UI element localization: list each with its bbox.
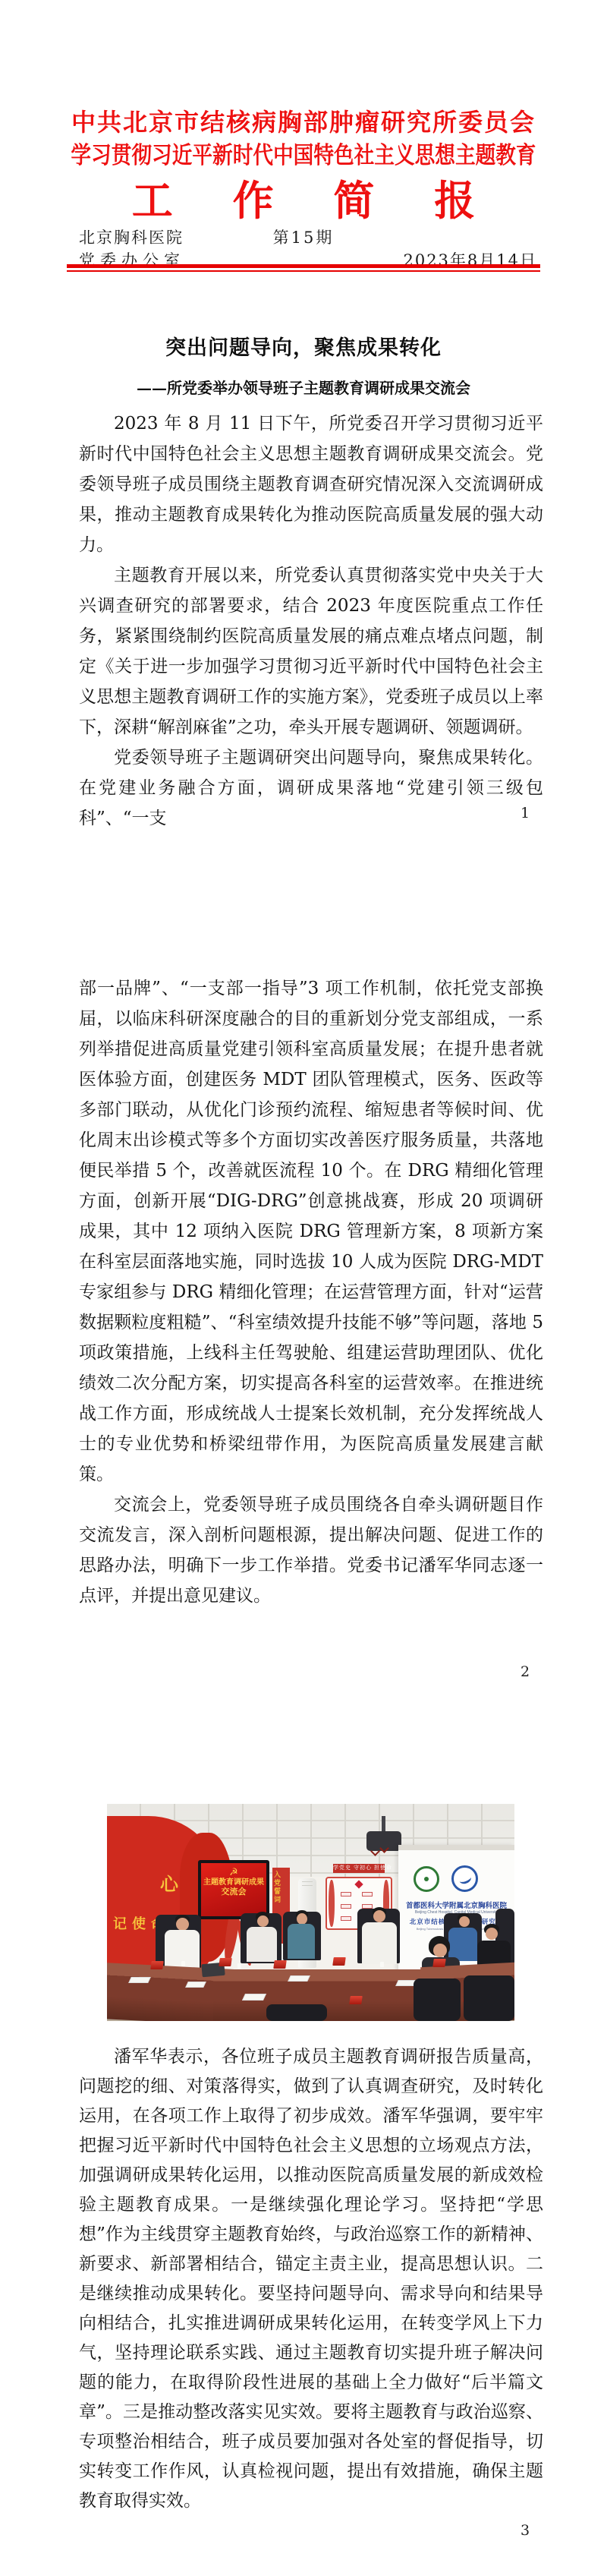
page2-body: 部一品牌”、“一支部一指导”3 项工作机制，依托党支部换届，以临床科研深度融合的…: [79, 973, 543, 1611]
oath-banner-title: 入党誓词: [272, 1871, 282, 1904]
name-tent: [432, 1959, 446, 1967]
foreground-chair: [414, 1979, 461, 2021]
mural-text-xin: 心: [160, 1869, 178, 1896]
board-card: [341, 1904, 351, 1909]
issue-number: 第15期: [0, 225, 607, 248]
board-decoration: [329, 1880, 335, 1927]
name-tent: [150, 1961, 164, 1969]
paragraph-3-part2: 部一品牌”、“一支部一指导”3 项工作机制，依托党支部换届，以临床科研深度融合的…: [79, 973, 543, 1490]
page-number-1: 1: [521, 805, 530, 821]
paragraph-2: 主题教育开展以来，所党委认真贯彻落实党中央关于大兴调查研究的部署要求，结合 20…: [79, 560, 543, 743]
name-tent: [332, 1957, 346, 1966]
masthead-org-line1: 中共北京市结核病胸部肿瘤研究所委员会: [0, 103, 607, 138]
page3-body: 潘军华表示，各位班子成员主题教育调研报告质量高，问题挖的细、对策落得实，做到了认…: [79, 2042, 543, 2516]
masthead-divider-thick: [67, 264, 540, 268]
hospital-name-cn: 首都医科大学附属北京胸科医院: [398, 1900, 514, 1910]
paragraph-1: 2023 年 8 月 11 日下午，所党委召开学习贯彻习近平新时代中国特色社会主…: [79, 408, 543, 560]
board-card: [341, 1892, 351, 1897]
hospital-logo-blue: [451, 1865, 478, 1892]
name-tent: [349, 1996, 363, 2004]
name-tent: [273, 1960, 287, 1969]
article-subtitle: ——所党委举办领导班子主题教育调研成果交流会: [0, 376, 607, 398]
page-3: 心 记使命 ☭ 主题教育调研成果 交流会 入党誓词 学党史 守初心 担使命: [0, 1717, 607, 2576]
masthead-divider-thin: [67, 270, 540, 272]
cup: [237, 1963, 241, 1969]
paragraph-3-part1: 党委领导班子主题调研突出问题导向，聚焦成果转化。在党建业务融合方面，调研成果落地…: [79, 743, 543, 834]
article-title: 突出问题导向，聚焦成果转化: [0, 331, 607, 361]
slide: ☭ 主题教育调研成果 交流会: [201, 1863, 266, 1916]
paragraph-4: 交流会上，党委领导班子成员围绕各自牵头调研题目作交流发言，深入剖析问题根源，提出…: [79, 1490, 543, 1611]
foreground-chair: [464, 1975, 514, 2021]
roller-bar: [398, 1845, 514, 1850]
paper-sheet: [185, 1982, 206, 1988]
paper-sheet: [242, 1994, 266, 2001]
foreground-chair: [266, 2004, 327, 2021]
paper-sheet: [288, 1975, 310, 1982]
party-emblem-icon: ☭: [201, 1863, 266, 1878]
cup: [380, 1962, 384, 1967]
bulletin-document: 中共北京市结核病胸部肿瘤研究所委员会 学习贯彻习近平新时代中国特色社主义思想主题…: [0, 0, 607, 2576]
slide-title-line1: 主题教育调研成果: [201, 1878, 266, 1887]
meeting-photo: 心 记使命 ☭ 主题教育调研成果 交流会 入党誓词 学党史 守初心 担使命: [107, 1804, 514, 2021]
board-emblem: [354, 1880, 363, 1888]
page-number-2: 2: [521, 1663, 530, 1680]
page-number-3: 3: [521, 2522, 530, 2539]
page-2: 部一品牌”、“一支部一指导”3 项工作机制，依托党支部换届，以临床科研深度融合的…: [0, 859, 607, 1717]
slide-title-line2: 交流会: [201, 1887, 266, 1897]
masthead-org-line2: 学习贯彻习近平新时代中国特色社主义思想主题教育: [42, 136, 565, 170]
wall-slogan-banner: 学党史 守初心 担使命: [333, 1864, 385, 1873]
board-card: [362, 1892, 373, 1897]
hospital-logo-green: [414, 1866, 439, 1892]
cup: [181, 1961, 185, 1966]
board-card: [341, 1916, 351, 1921]
bulletin-title: 工 作 简 报: [11, 169, 607, 227]
name-tent: [219, 1958, 232, 1966]
presentation-screen: ☭ 主题教育调研成果 交流会: [198, 1860, 269, 1919]
page-1: 中共北京市结核病胸部肿瘤研究所委员会 学习贯彻习近平新时代中国特色社主义思想主题…: [0, 0, 607, 859]
page1-body: 2023 年 8 月 11 日下午，所党委召开学习贯彻习近平新时代中国特色社会主…: [79, 408, 543, 834]
paper-sheet: [128, 1977, 151, 1983]
paragraph-5: 潘军华表示，各位班子成员主题教育调研报告质量高，问题挖的细、对策落得实，做到了认…: [79, 2042, 543, 2516]
masthead-divider: [67, 264, 540, 272]
